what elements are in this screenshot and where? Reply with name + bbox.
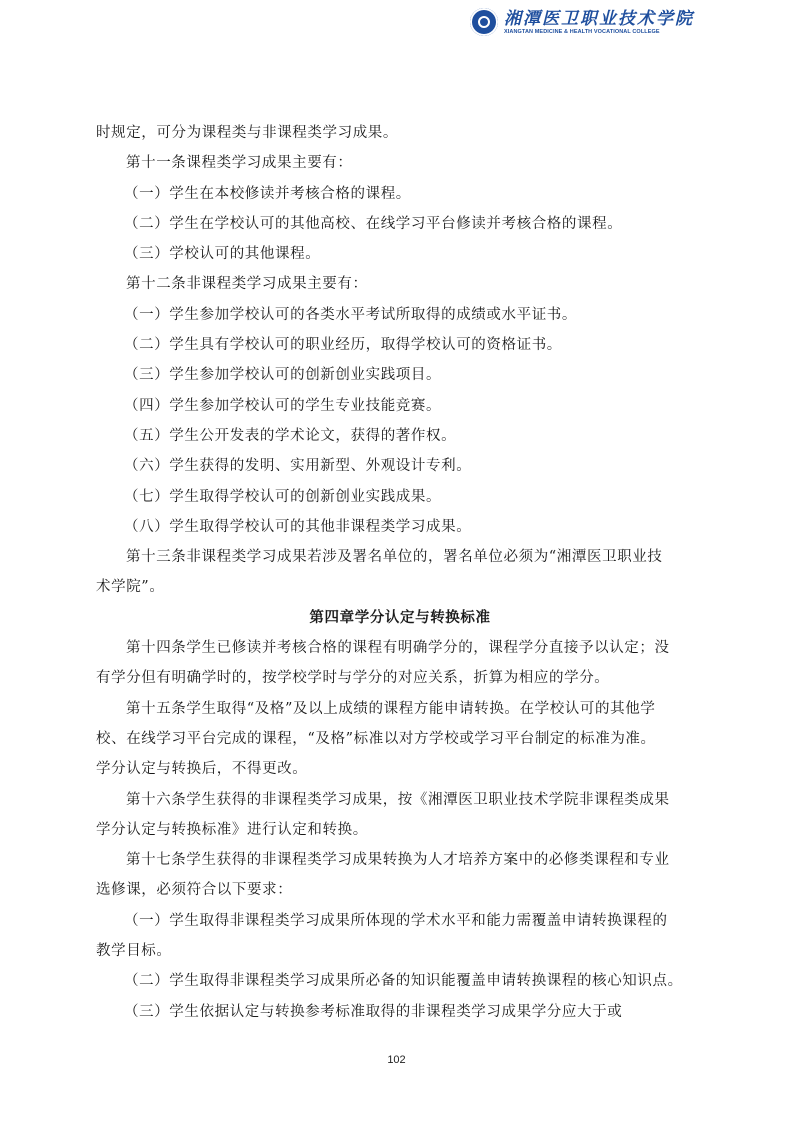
list-item: （八）学生取得学校认可的其他非课程类学习成果。 [96,512,704,542]
paragraph-line: 学分认定与转换后，不得更改。 [96,754,704,784]
article-line: 第十一条课程类学习成果主要有： [96,148,704,178]
page-number: 102 [0,1054,793,1066]
list-item: （七）学生取得学校认可的创新创业实践成果。 [96,482,704,512]
school-name-cn: 湘潭医卫职业技术学院 [504,9,694,29]
school-name-en: XIANGTAN MEDICINE & HEALTH VOCATIONAL CO… [504,29,694,36]
chapter-heading: 第四章学分认定与转换标准 [96,603,704,633]
paragraph-line: 学分认定与转换标准》进行认定和转换。 [96,815,704,845]
paragraph-line: 教学目标。 [96,936,704,966]
list-item: （四）学生参加学校认可的学生专业技能竞赛。 [96,391,704,421]
list-item: （三）学生参加学校认可的创新创业实践项目。 [96,360,704,390]
paragraph-line: 时规定，可分为课程类与非课程类学习成果。 [96,118,704,148]
college-emblem-icon [470,8,498,36]
list-item: （一）学生在本校修读并考核合格的课程。 [96,179,704,209]
list-item: （二）学生在学校认可的其他高校、在线学习平台修读并考核合格的课程。 [96,209,704,239]
article-line: 第十七条学生获得的非课程类学习成果转换为人才培养方案中的必修类课程和专业 [96,845,704,875]
document-body: 时规定，可分为课程类与非课程类学习成果。第十一条课程类学习成果主要有：（一）学生… [96,118,704,1027]
header-text: 湘潭医卫职业技术学院 XIANGTAN MEDICINE & HEALTH VO… [504,9,694,36]
article-line: 第十二条非课程类学习成果主要有： [96,269,704,299]
article-line: 第十四条学生已修读并考核合格的课程有明确学分的，课程学分直接予以认定；没 [96,633,704,663]
article-line: 第十六条学生获得的非课程类学习成果，按《湘潭医卫职业技术学院非课程类成果 [96,785,704,815]
list-item: （二）学生具有学校认可的职业经历，取得学校认可的资格证书。 [96,330,704,360]
list-item: （一）学生取得非课程类学习成果所体现的学术水平和能力需覆盖申请转换课程的 [96,906,704,936]
article-line: 第十五条学生取得“及格”及以上成绩的课程方能申请转换。在学校认可的其他学 [96,694,704,724]
list-item: （五）学生公开发表的学术论文，获得的著作权。 [96,421,704,451]
paragraph-line: 校、在线学习平台完成的课程，“及格”标准以对方学校或学习平台制定的标准为准。 [96,724,704,754]
paragraph-line: 选修课，必须符合以下要求： [96,875,704,905]
list-item: （三）学生依据认定与转换参考标准取得的非课程类学习成果学分应大于或 [96,997,704,1027]
list-item: （二）学生取得非课程类学习成果所必备的知识能覆盖申请转换课程的核心知识点。 [96,966,704,996]
paragraph-line: 有学分但有明确学时的，按学校学时与学分的对应关系，折算为相应的学分。 [96,663,704,693]
list-item: （三）学校认可的其他课程。 [96,239,704,269]
paragraph-line: 术学院”。 [96,572,704,602]
list-item: （六）学生获得的发明、实用新型、外观设计专利。 [96,451,704,481]
page-header: 湘潭医卫职业技术学院 XIANGTAN MEDICINE & HEALTH VO… [470,6,694,38]
list-item: （一）学生参加学校认可的各类水平考试所取得的成绩或水平证书。 [96,300,704,330]
article-line: 第十三条非课程类学习成果若涉及署名单位的，署名单位必须为“湘潭医卫职业技 [96,542,704,572]
